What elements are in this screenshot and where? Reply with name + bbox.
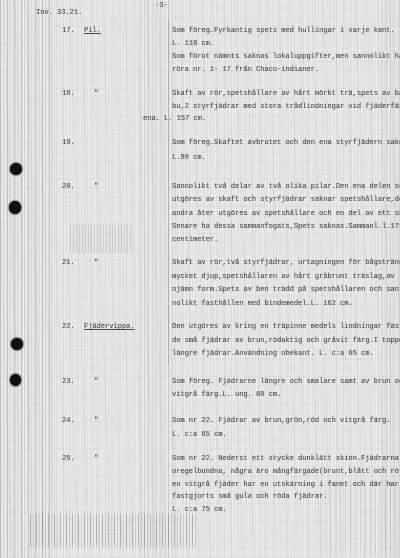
- entry-line: Som föreg.Fyrkantig spets med hullingar …: [172, 27, 395, 35]
- entry-label: Pil.: [84, 27, 101, 35]
- entry-line: Som föreg.Skaftet avbrutet och den ena s…: [172, 139, 400, 147]
- ditto-mark: ": [94, 90, 98, 98]
- entry-number: 23.: [62, 378, 75, 386]
- entry-number: 18.: [62, 90, 75, 98]
- entry-line: röra nr. 1- 17 från Chaco-indianer.: [172, 66, 319, 74]
- page-number: -3-: [155, 2, 168, 10]
- entry-number: 21.: [62, 259, 75, 267]
- entry-line: L. c:a 75 cm.: [172, 506, 227, 514]
- ditto-mark: ": [94, 378, 98, 386]
- entry-number: 24.: [62, 417, 75, 425]
- entry-line: oregelbundna, några äro mångfärgade(brun…: [172, 468, 400, 476]
- entry-line: L. 110 cm.: [172, 40, 214, 48]
- entry-line: nolikt fasthållen med bindemedel.L. 162 …: [172, 300, 353, 308]
- entry-line: L. c:a 65 cm.: [172, 431, 227, 439]
- entry-line: L.99 cm.: [172, 154, 206, 162]
- entry-line: andra åter utgöres av spetshållare och e…: [172, 210, 400, 218]
- ditto-mark: ": [94, 183, 98, 191]
- entry-line: Som nr 22. Nederst ett stycke dunklätt s…: [172, 455, 399, 463]
- ditto-mark: ": [94, 455, 98, 463]
- entry-line: bu,2 styrfjädrar med stora trådlindninga…: [172, 103, 400, 111]
- entry-line: fastgjorts små gula och röda fjädrar.: [172, 493, 327, 501]
- entry-number: 22.: [62, 323, 75, 331]
- punch-hole: [11, 338, 23, 350]
- entry-line: Den utgöres av kring en träpinne medels …: [172, 323, 400, 331]
- entry-line: längre fjädrar.Användning obekant. L. c:…: [172, 350, 374, 358]
- entry-number: 17.: [62, 27, 75, 35]
- entry-number: 19.: [62, 139, 75, 147]
- entry-line: de små fjädrar av brun,rödaktig och gråv…: [172, 337, 400, 345]
- entry-line: Sannolikt två delar av två olika pilar.D…: [172, 183, 400, 191]
- scanned-document-page: -3- Inv. 33.21. 17.Pil.Som föreg.Fyrkant…: [0, 0, 400, 558]
- entry-line: vitgrå färg.L. ung. 60 cm.: [172, 391, 281, 399]
- entry-line: centimeter.: [172, 236, 218, 244]
- ditto-mark: ": [94, 417, 98, 425]
- entry-number: 25.: [62, 455, 75, 463]
- entry-line: Som föreg. Fjädrarne längre och smalare …: [172, 378, 400, 386]
- entry-line: Som nr 22. Fjädrar av brun,grön,röd och …: [172, 417, 390, 425]
- entry-number: 20.: [62, 183, 75, 191]
- entry-line: ojämn form.Spets av ben trädd på spetshå…: [172, 286, 400, 294]
- entry-line: Skaft av rör,spetshållare av hårt mörkt …: [172, 90, 400, 98]
- punch-hole: [10, 374, 21, 386]
- punch-hole: [10, 163, 22, 175]
- entry-line: en vitgrå fjäder har en utskärning i fan…: [172, 481, 399, 489]
- entry-line: Som förut nämnts saknas lokaluppgifter,m…: [172, 53, 400, 61]
- entry-label: Fjädervippa.: [84, 323, 134, 331]
- inventory-number: Inv. 33.21.: [36, 9, 82, 17]
- ditto-mark: ": [94, 259, 98, 267]
- punch-hole: [9, 201, 21, 214]
- entry-line: Skaft av rör,två styrfjädrar, urtagninge…: [172, 259, 400, 267]
- entry-line: Senare ha dessa sammanfogats,Spets sakna…: [172, 223, 400, 231]
- entry-line: ena. L. 157 cm.: [143, 115, 206, 123]
- entry-line: utgöres av skaft och styrfjädrar saknar …: [172, 196, 400, 204]
- entries-list: 17.Pil.Som föreg.Fyrkantig spets med hul…: [0, 0, 400, 558]
- entry-line: mycket djup,spetshållaren av hårt gråbru…: [172, 273, 395, 281]
